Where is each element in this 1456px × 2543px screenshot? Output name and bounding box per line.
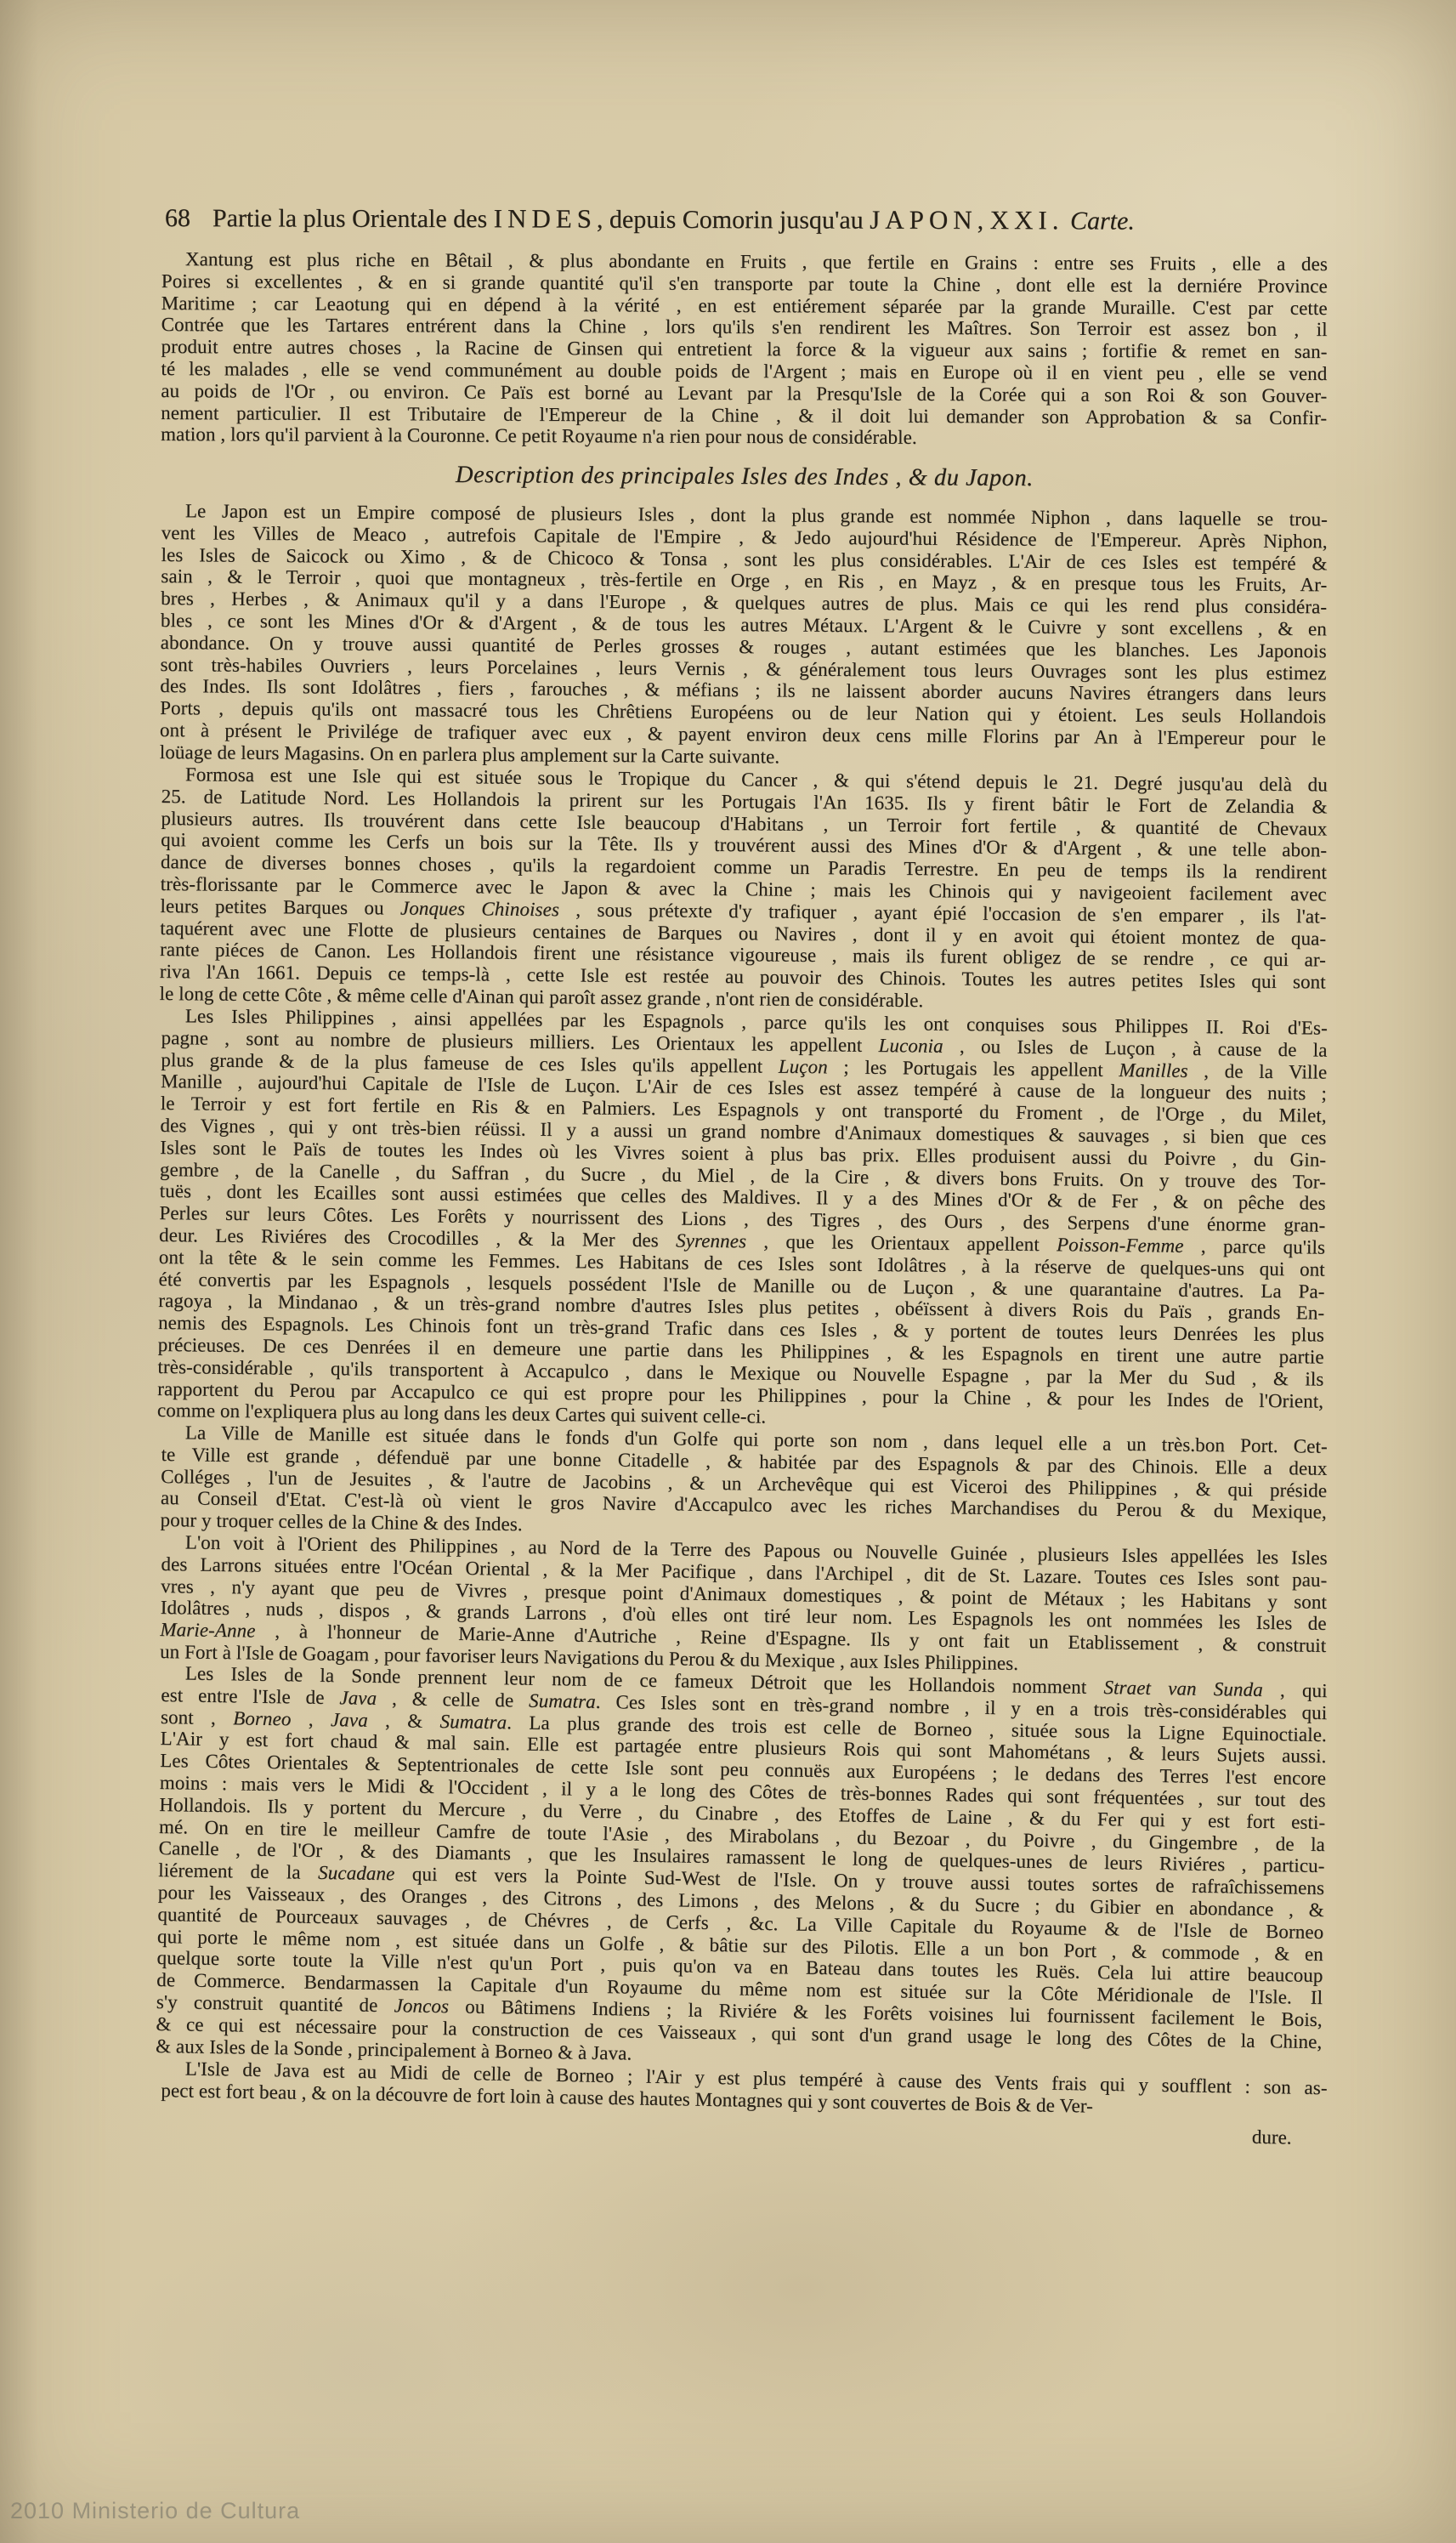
watermark: 2010 Ministerio de Cultura bbox=[10, 2498, 300, 2524]
paragraph: Les Isles de la Sonde prennent leur nom … bbox=[156, 1662, 1328, 2075]
page-scan: 68 Partie la plus Orientale des INDES, d… bbox=[0, 0, 1456, 2543]
paragraph: Le Japon est un Empire composé de plusie… bbox=[160, 500, 1328, 772]
title-segment: INDES bbox=[494, 203, 597, 233]
paragraph: Formosa est une Isle qui est située sous… bbox=[159, 763, 1328, 1015]
title-segment: Partie la plus Orientale des bbox=[212, 204, 494, 233]
page-header: 68 Partie la plus Orientale des INDES, d… bbox=[161, 202, 1328, 237]
page-title: Partie la plus Orientale des INDES, depu… bbox=[212, 202, 1135, 236]
paragraph: La Ville de Manille est située dans le f… bbox=[160, 1422, 1327, 1546]
text-area: 68 Partie la plus Orientale des INDES, d… bbox=[161, 202, 1328, 2128]
page-number: 68 bbox=[165, 203, 190, 234]
paragraph: Xantung est plus riche en Bêtail , & plu… bbox=[161, 248, 1328, 451]
paragraph: L'on voit à l'Orient des Philippines , a… bbox=[160, 1531, 1328, 1679]
title-segment: , bbox=[977, 207, 990, 235]
text-body: Xantung est plus riche en Bêtail , & plu… bbox=[161, 248, 1328, 2128]
title-segment: XXI. bbox=[990, 205, 1064, 235]
title-segment: , depuis Comorin jusqu'au bbox=[597, 206, 870, 235]
text-line: mation , lors qu'il parvient à la Couron… bbox=[161, 423, 1327, 451]
title-segment: JAPON bbox=[870, 205, 977, 235]
paragraph: Les Isles Philippines , ainsi appellées … bbox=[157, 1005, 1328, 1434]
title-segment: Carte. bbox=[1063, 207, 1134, 235]
section-heading: Description des principales Isles des In… bbox=[161, 460, 1328, 494]
